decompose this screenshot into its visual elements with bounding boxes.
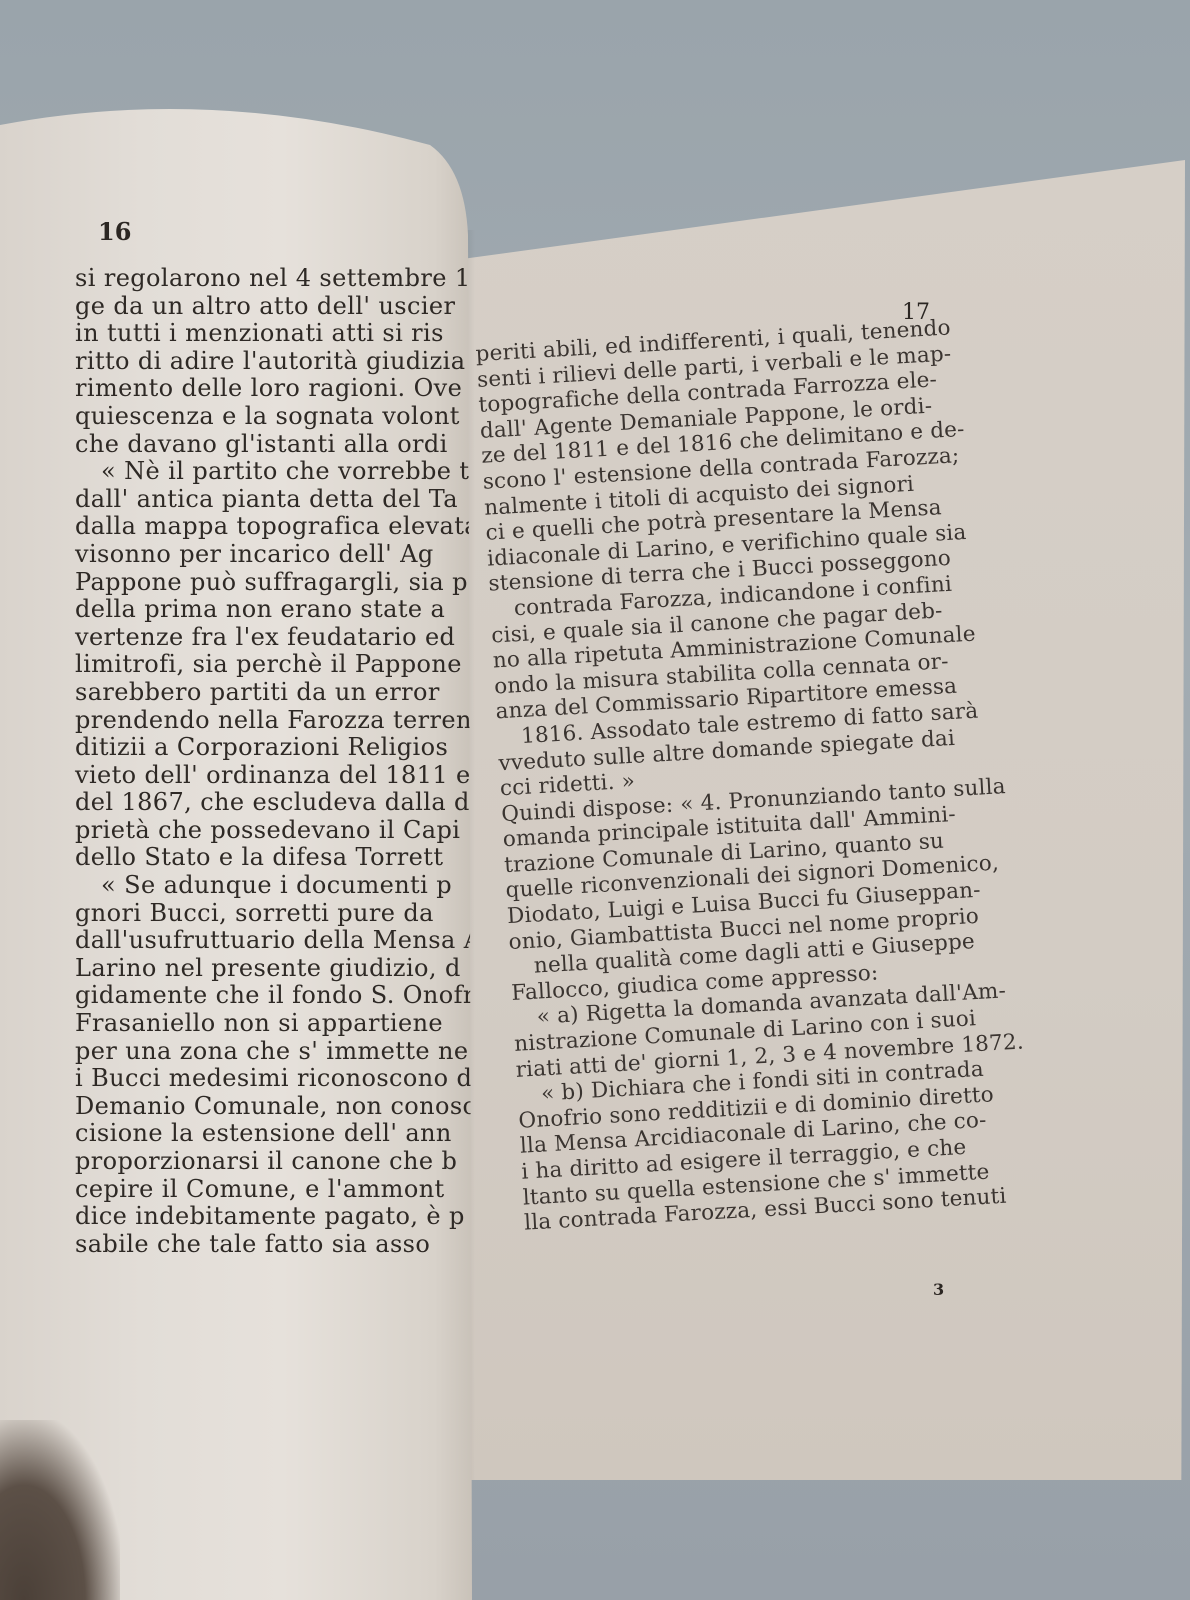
open-book: 17 periti abili, ed indifferenti, i qual… bbox=[0, 0, 1190, 1600]
page-number-16: 16 bbox=[98, 217, 131, 246]
text-line: Frasaniello non si appartiene bbox=[75, 1010, 475, 1038]
text-line: per una zona che s' immette ne bbox=[75, 1038, 475, 1066]
text-line: gnori Bucci, sorretti pure da bbox=[75, 900, 475, 928]
text-line: rimento delle loro ragioni. Ove bbox=[75, 375, 475, 403]
text-line: visonno per incarico dell' Ag bbox=[75, 541, 475, 569]
text-line: dall' antica pianta detta del Ta bbox=[75, 486, 475, 514]
text-line: dello Stato e la difesa Torrett bbox=[75, 844, 475, 872]
text-line: prendendo nella Farozza terren bbox=[75, 707, 475, 735]
text-line: ditizii a Corporazioni Religios bbox=[75, 734, 475, 762]
left-page: 16 si regolarono nel 4 settembre 18 ge d… bbox=[0, 95, 472, 1600]
text-line: « Se adunque i documenti p bbox=[75, 872, 475, 900]
text-line: gidamente che il fondo S. Onofr bbox=[75, 982, 475, 1010]
text-line: vertenze fra l'ex feudatario ed bbox=[75, 624, 475, 652]
text-line: proporzionarsi il canone che b bbox=[75, 1148, 475, 1176]
text-line: dice indebitamente pagato, è p bbox=[75, 1203, 475, 1231]
text-line: in tutti i menzionati atti si ris bbox=[75, 320, 475, 348]
text-line: vieto dell' ordinanza del 1811 e bbox=[75, 762, 475, 790]
text-line: sarebbero partiti da un error bbox=[75, 679, 475, 707]
text-line: Demanio Comunale, non conosc bbox=[75, 1093, 475, 1121]
left-page-text: si regolarono nel 4 settembre 18 ge da u… bbox=[75, 265, 475, 1258]
text-line: cisione la estensione dell' ann bbox=[75, 1120, 475, 1148]
text-line: quiescenza e la sognata volont bbox=[75, 403, 475, 431]
text-line: Larino nel presente giudizio, d bbox=[75, 955, 475, 983]
text-line: cepire il Comune, e l'ammont bbox=[75, 1176, 475, 1204]
text-line: della prima non erano state a bbox=[75, 596, 475, 624]
text-line: si regolarono nel 4 settembre 18 bbox=[75, 265, 475, 293]
finger-shadow bbox=[0, 1420, 120, 1600]
text-line: « Nè il partito che vorrebbe t bbox=[75, 458, 475, 486]
signature-mark: 3 bbox=[933, 1280, 944, 1299]
text-line: dall'usufruttuario della Mensa A bbox=[75, 927, 475, 955]
text-line: ritto di adire l'autorità giudizia bbox=[75, 348, 475, 376]
text-line: limitrofi, sia perchè il Pappone bbox=[75, 651, 475, 679]
text-line: sabile che tale fatto sia asso bbox=[75, 1231, 475, 1259]
text-line: ge da un altro atto dell' uscier bbox=[75, 293, 475, 321]
text-line: prietà che possedevano il Capi bbox=[75, 817, 475, 845]
right-page-text: periti abili, ed indifferenti, i quali, … bbox=[475, 313, 1044, 1236]
text-line: i Bucci medesimi riconoscono d bbox=[75, 1065, 475, 1093]
text-line: Pappone può suffragargli, sia p bbox=[75, 569, 475, 597]
right-page: 17 periti abili, ed indifferenti, i qual… bbox=[455, 160, 1185, 1480]
text-line: che davano gl'istanti alla ordi bbox=[75, 431, 475, 459]
text-line: dalla mappa topografica elevata bbox=[75, 513, 475, 541]
text-line: del 1867, che escludeva dalla d bbox=[75, 789, 475, 817]
